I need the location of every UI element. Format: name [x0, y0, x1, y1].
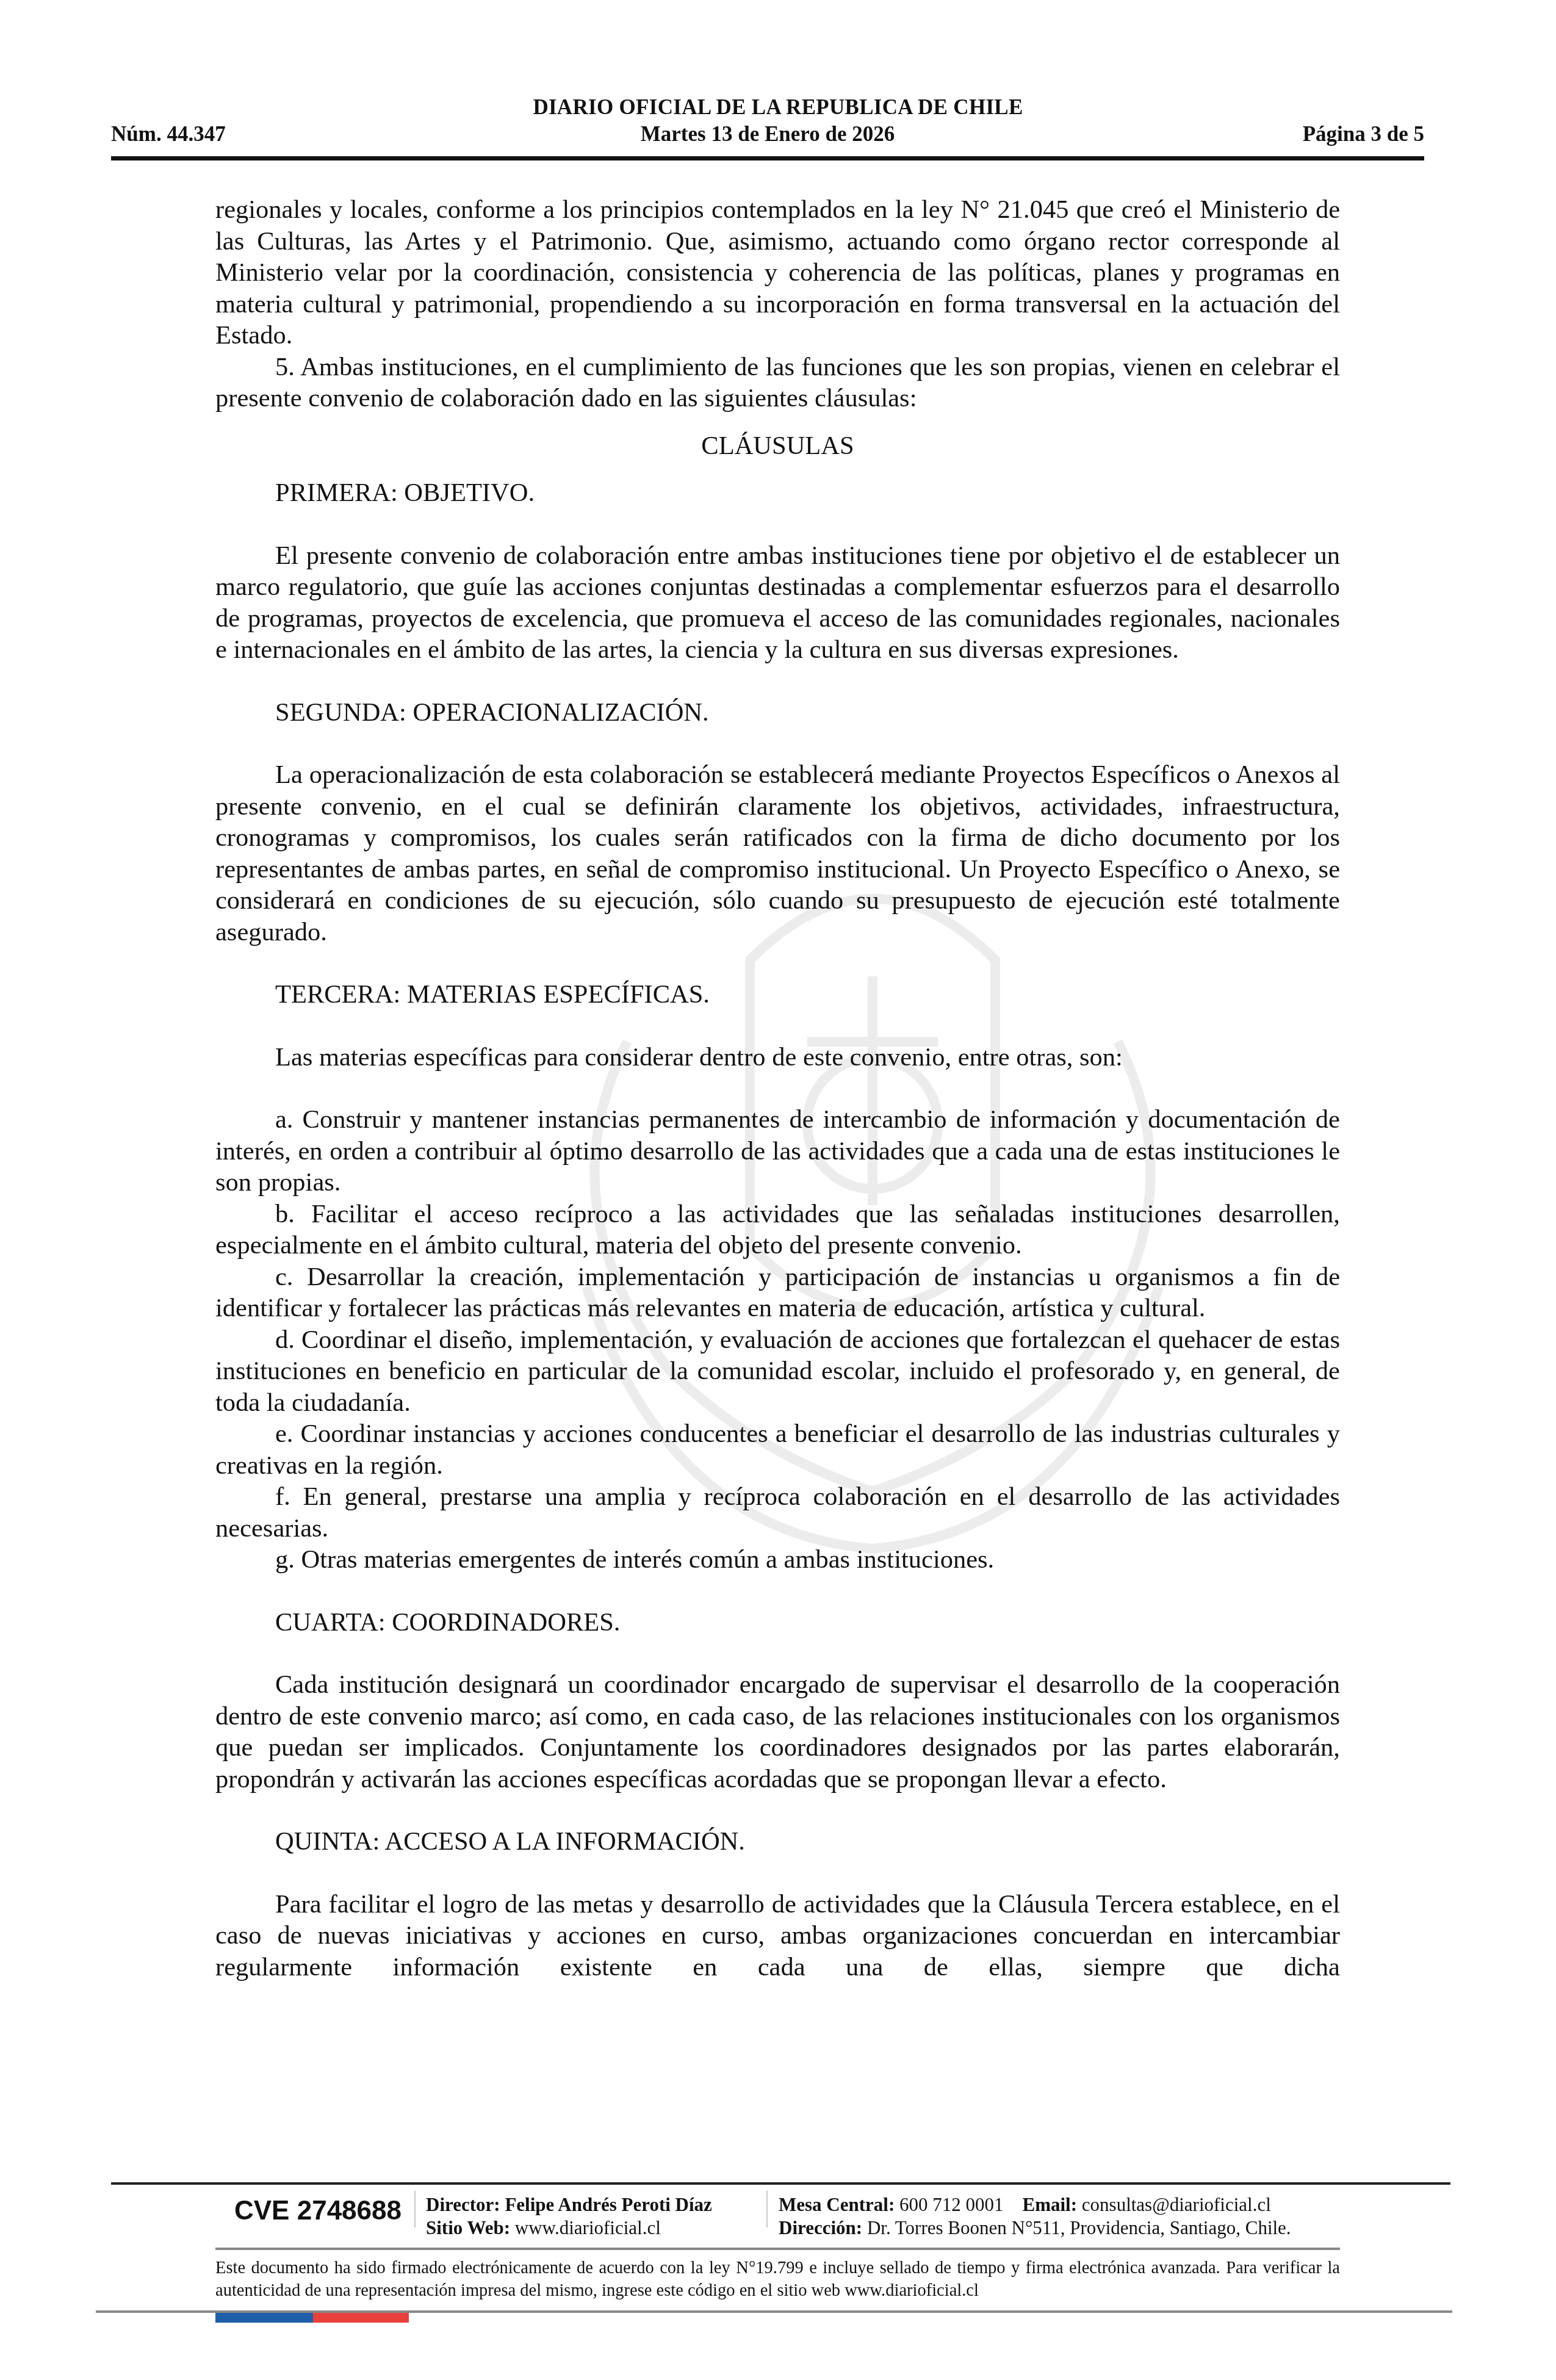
clause-heading-cuarta: CUARTA: COORDINADORES.	[215, 1607, 1340, 1639]
footer-separator	[414, 2191, 416, 2227]
cve-code: CVE 2748688	[203, 2196, 402, 2226]
footer-divider-2	[215, 2248, 1340, 2250]
clause-paragraph: Cada institución designará un coordinado…	[215, 1669, 1340, 1795]
clause-heading-quinta: QUINTA: ACCESO A LA INFORMACIÓN.	[215, 1826, 1340, 1858]
issue-date: Martes 13 de Enero de 2026	[111, 122, 1424, 146]
list-item-a: a. Construir y mantener instancias perma…	[215, 1104, 1340, 1199]
list-item-d: d. Coordinar el diseño, implementación, …	[215, 1324, 1340, 1419]
document-body: regionales y locales, conforme a los pri…	[215, 194, 1340, 1983]
address-label: Dirección:	[779, 2217, 862, 2238]
list-item-e: e. Coordinar instancias y acciones condu…	[215, 1418, 1340, 1481]
clause-heading-segunda: SEGUNDA: OPERACIONALIZACIÓN.	[215, 697, 1340, 729]
list-item-b: b. Facilitar el acceso recíproco a las a…	[215, 1199, 1340, 1261]
clause-paragraph: La operacionalización de esta colaboraci…	[215, 759, 1340, 948]
list-item-c: c. Desarrollar la creación, implementaci…	[215, 1261, 1340, 1324]
contact-info: Mesa Central: 600 712 0001 Email: consul…	[779, 2193, 1291, 2240]
point-5-paragraph: 5. Ambas instituciones, en el cumplimien…	[215, 352, 1340, 414]
header-divider	[111, 156, 1424, 160]
email-label: Email:	[1023, 2194, 1078, 2215]
clause-intro: Las materias específicas para considerar…	[215, 1042, 1340, 1073]
header-row: Núm. 44.347 Martes 13 de Enero de 2026 P…	[111, 122, 1424, 150]
clauses-title: CLÁUSULAS	[215, 430, 1340, 462]
phone-label: Mesa Central:	[779, 2194, 895, 2215]
website-link[interactable]: www.diarioficial.cl	[515, 2217, 661, 2238]
footer-separator	[766, 2191, 768, 2227]
address: Dr. Torres Boonen N°511, Providencia, Sa…	[867, 2217, 1291, 2238]
footer-divider	[111, 2182, 1450, 2185]
flag-stripe-blue	[215, 2313, 313, 2323]
legal-notice: Este documento ha sido firmado electróni…	[215, 2257, 1340, 2302]
website-label: Sitio Web:	[426, 2217, 510, 2238]
page-indicator: Página 3 de 5	[1303, 122, 1424, 146]
flag-stripe-red	[313, 2313, 409, 2323]
list-item-g: g. Otras materias emergentes de interés …	[215, 1544, 1340, 1576]
director-name: Felipe Andrés Peroti Díaz	[505, 2194, 712, 2215]
clause-paragraph: El presente convenio de colaboración ent…	[215, 540, 1340, 666]
publication-title: DIARIO OFICIAL DE LA REPUBLICA DE CHILE	[0, 95, 1556, 120]
clause-paragraph: Para facilitar el logro de las metas y d…	[215, 1889, 1340, 1983]
clause-heading-tercera: TERCERA: MATERIAS ESPECÍFICAS.	[215, 979, 1340, 1011]
director-label: Director:	[426, 2194, 500, 2215]
director-info: Director: Felipe Andrés Peroti Díaz Siti…	[426, 2193, 712, 2240]
email-link[interactable]: consultas@diarioficial.cl	[1082, 2194, 1271, 2215]
list-item-f: f. En general, prestarse una amplia y re…	[215, 1481, 1340, 1544]
clause-heading-primera: PRIMERA: OBJETIVO.	[215, 477, 1340, 509]
intro-paragraph: regionales y locales, conforme a los pri…	[215, 194, 1340, 352]
phone-number: 600 712 0001	[899, 2194, 1004, 2215]
